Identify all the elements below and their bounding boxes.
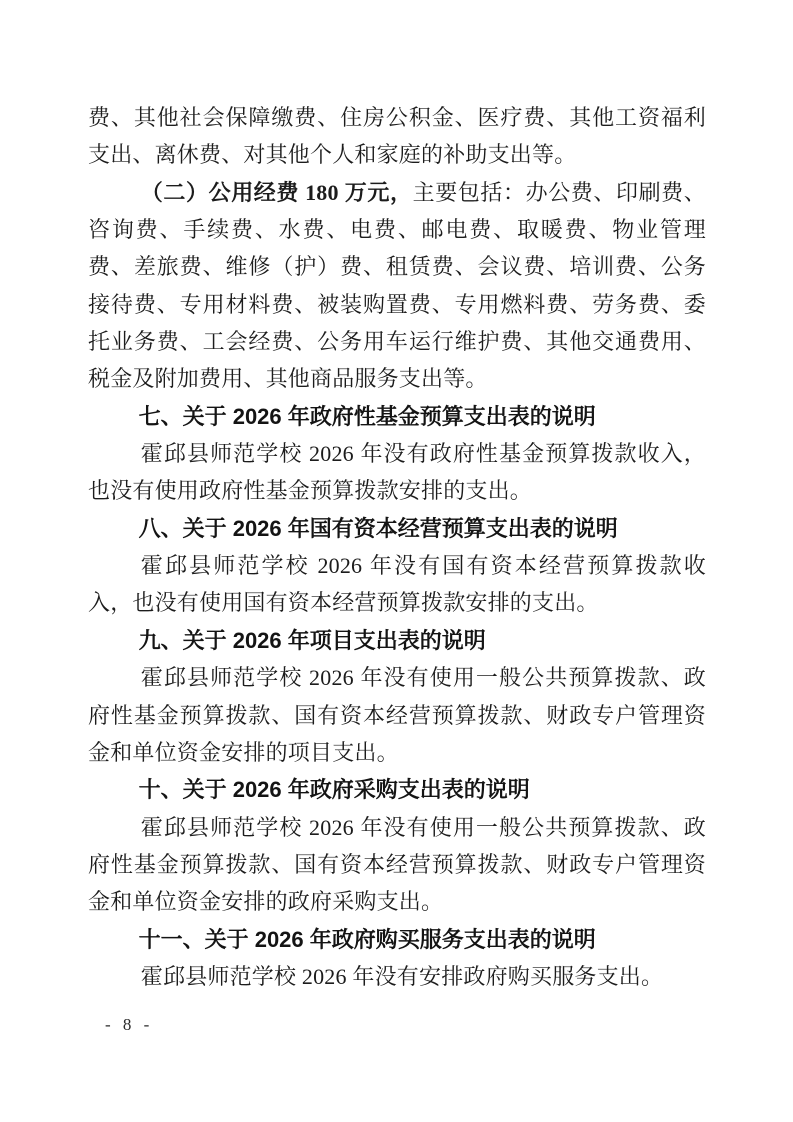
section-body-10-government-procurement: 霍邱县师范学校 2026 年没有使用一般公共预算拨款、政府性基金预算拨款、国有资… [88, 809, 706, 921]
public-funds-bold-lead: （二）公用经费 180 万元， [141, 180, 413, 205]
document-page: 费、其他社会保障缴费、住房公积金、医疗费、其他工资福利支出、离休费、对其他个人和… [0, 0, 793, 1122]
page-number: - 8 - [105, 1014, 153, 1036]
section-heading-10-government-procurement: 十、关于 2026 年政府采购支出表的说明 [88, 771, 706, 808]
public-funds-rest: 主要包括：办公费、印刷费、咨询费、手续费、水费、电费、邮电费、取暖费、物业管理费… [88, 180, 706, 392]
section-body-7-government-funds-budget: 霍邱县师范学校 2026 年没有政府性基金预算拨款收入，也没有使用政府性基金预算… [88, 435, 706, 510]
section-heading-11-purchased-services: 十一、关于 2026 年政府购买服务支出表的说明 [88, 921, 706, 958]
document-content: 费、其他社会保障缴费、住房公积金、医疗费、其他工资福利支出、离休费、对其他个人和… [88, 99, 706, 995]
paragraph-welfare-continuation: 费、其他社会保障缴费、住房公积金、医疗费、其他工资福利支出、离休费、对其他个人和… [88, 99, 706, 174]
section-heading-9-project-expenditure: 九、关于 2026 年项目支出表的说明 [88, 622, 706, 659]
paragraph-public-funds: （二）公用经费 180 万元，主要包括：办公费、印刷费、咨询费、手续费、水费、电… [88, 174, 706, 398]
section-heading-7-government-funds-budget: 七、关于 2026 年政府性基金预算支出表的说明 [88, 398, 706, 435]
section-body-8-state-capital-budget: 霍邱县师范学校 2026 年没有国有资本经营预算拨款收入，也没有使用国有资本经营… [88, 547, 706, 622]
section-body-9-project-expenditure: 霍邱县师范学校 2026 年没有使用一般公共预算拨款、政府性基金预算拨款、国有资… [88, 659, 706, 771]
section-body-11-purchased-services: 霍邱县师范学校 2026 年没有安排政府购买服务支出。 [88, 958, 706, 995]
section-heading-8-state-capital-budget: 八、关于 2026 年国有资本经营预算支出表的说明 [88, 510, 706, 547]
